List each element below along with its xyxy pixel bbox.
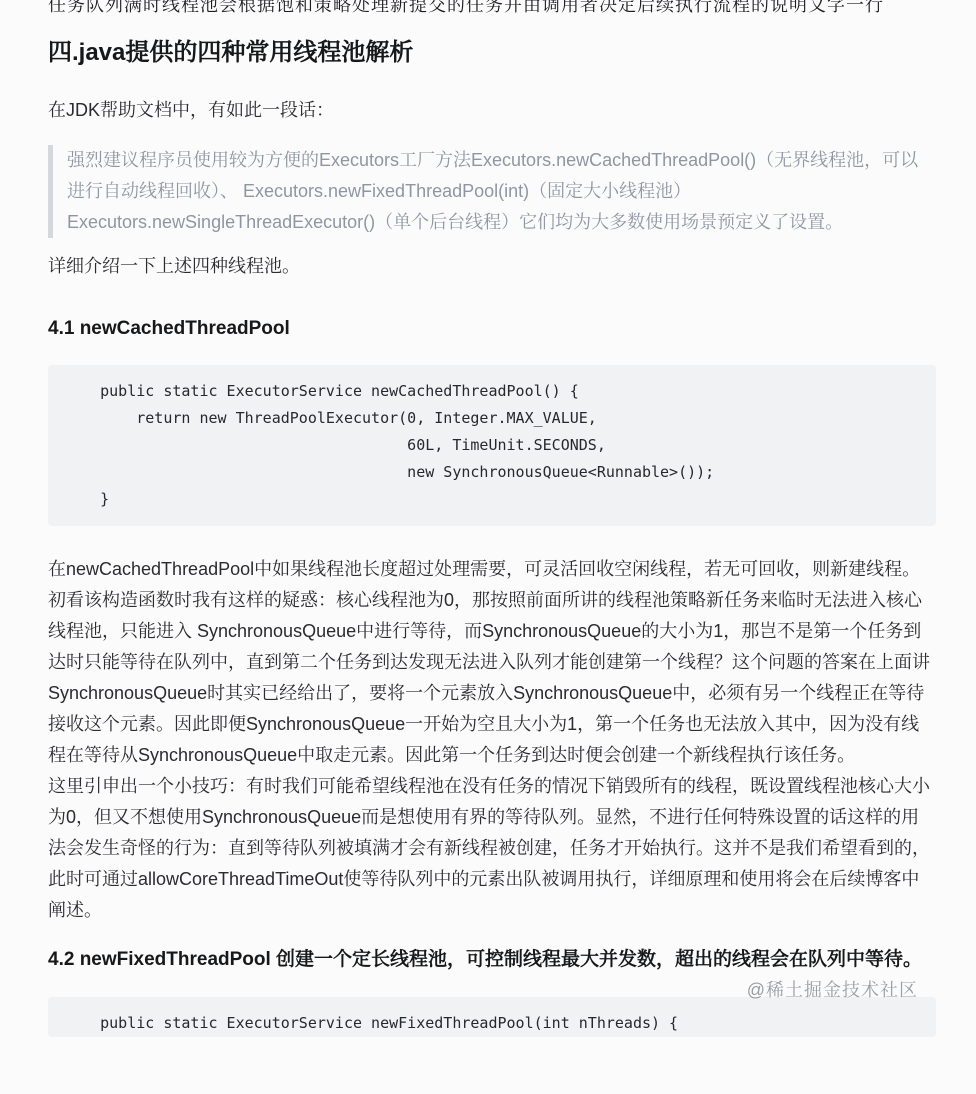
blockquote-text: 强烈建议程序员使用较为方便的Executors工厂方法Executors.new… bbox=[67, 145, 936, 238]
body-paragraphs: 在newCachedThreadPool中如果线程池长度超过处理需要，可灵活回收… bbox=[48, 554, 936, 926]
subsection-heading-4-2: 4.2 newFixedThreadPool 创建一个定长线程池，可控制线程最大… bbox=[48, 945, 936, 974]
subsection-heading-4-1: 4.1 newCachedThreadPool bbox=[48, 314, 936, 343]
juejin-watermark: @稀土掘金技术社区 bbox=[747, 980, 918, 1000]
intro-paragraph: 在JDK帮助文档中，有如此一段话： bbox=[48, 95, 936, 126]
paragraph: 这里引申出一个小技巧：有时我们可能希望线程池在没有任务的情况下销毁所有的线程，既… bbox=[48, 771, 936, 926]
watermark-row: @稀土掘金技术社区 bbox=[48, 976, 936, 996]
code-block-newfixedthreadpool: public static ExecutorService newFixedTh… bbox=[48, 997, 936, 1037]
lead-paragraph: 详细介绍一下上述四种线程池。 bbox=[48, 251, 936, 282]
article-content: 任务队列满时线程池会根据饱和策略处理新提交的任务并由调用者决定后续执行流程的说明… bbox=[48, 0, 936, 1037]
paragraph: 在newCachedThreadPool中如果线程池长度超过处理需要，可灵活回收… bbox=[48, 554, 936, 585]
clipped-text: 任务队列满时线程池会根据饱和策略处理新提交的任务并由调用者决定后续执行流程的说明… bbox=[48, 0, 884, 13]
section-heading: 四.java提供的四种常用线程池解析 bbox=[48, 32, 936, 67]
code-block-newcachedthreadpool: public static ExecutorService newCachedT… bbox=[48, 365, 936, 526]
clipped-text-line: 任务队列满时线程池会根据饱和策略处理新提交的任务并由调用者决定后续执行流程的说明… bbox=[48, 0, 936, 13]
jdk-doc-blockquote: 强烈建议程序员使用较为方便的Executors工厂方法Executors.new… bbox=[48, 145, 936, 238]
paragraph: 初看该构造函数时我有这样的疑惑：核心线程池为0，那按照前面所讲的线程池策略新任务… bbox=[48, 585, 936, 771]
